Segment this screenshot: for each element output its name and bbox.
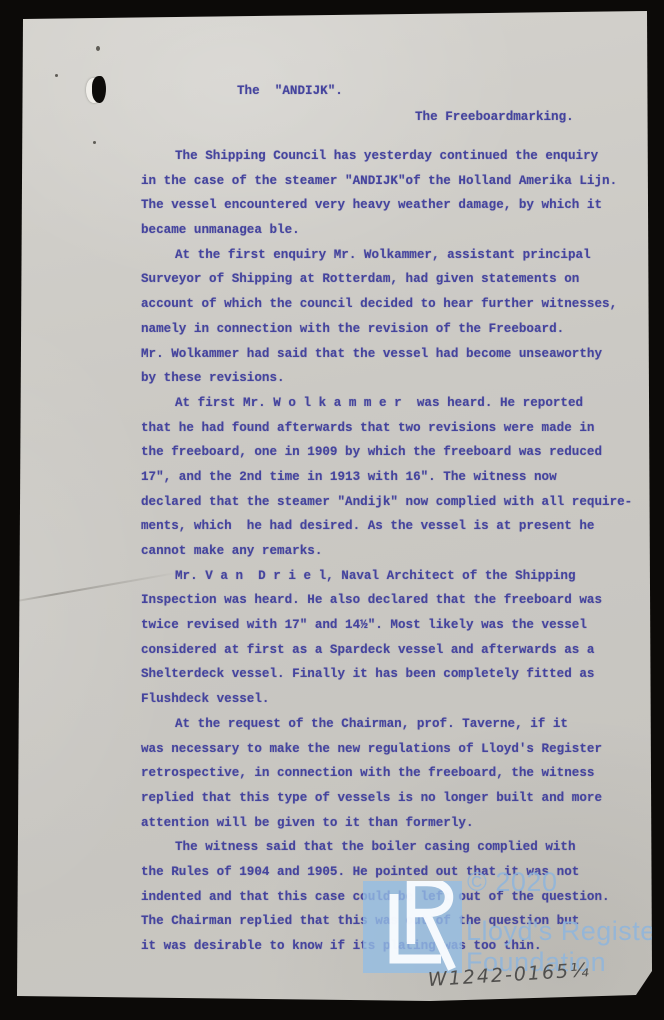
typed-line: indented and that this case could be lef… <box>141 885 651 910</box>
typed-line: account of which the council decided to … <box>141 292 651 317</box>
typed-line: the Rules of 1904 and 1905. He pointed o… <box>141 860 651 885</box>
paper-speck <box>55 74 58 77</box>
typed-line: Mr. V a n D r i e l, Naval Architect of … <box>141 564 651 589</box>
typed-line: the freeboard, one in 1909 by which the … <box>141 440 651 465</box>
typed-line: 17", and the 2nd time in 1913 with 16". … <box>141 465 651 490</box>
handwritten-reference: W1242-0165¼ <box>427 959 591 991</box>
typed-line: became unmanagea ble. <box>141 218 651 243</box>
typed-line: attention will be given to it than forme… <box>141 811 651 836</box>
typed-line: twice revised with 17" and 14½". Most li… <box>141 613 651 638</box>
typed-line: Shelterdeck vessel. Finally it has been … <box>141 662 651 687</box>
typed-line: The vessel encountered very heavy weathe… <box>141 193 651 218</box>
punch-hole-void <box>92 76 106 103</box>
typed-line: replied that this type of vessels is no … <box>141 786 651 811</box>
typed-line: Flushdeck vessel. <box>141 687 651 712</box>
typed-line: considered at first as a Spardeck vessel… <box>141 638 651 663</box>
typed-line: The Chairman replied that this was out o… <box>141 909 651 934</box>
typed-line: Surveyor of Shipping at Rotterdam, had g… <box>141 267 651 292</box>
typed-line: At the request of the Chairman, prof. Ta… <box>141 712 651 737</box>
document-page: The "ANDIJK". The Freeboardmarking. The … <box>0 0 664 1020</box>
punch-hole <box>86 76 110 104</box>
document-title: The "ANDIJK". <box>237 84 343 98</box>
typed-line: The witness said that the boiler casing … <box>141 835 651 860</box>
document-body: The Shipping Council has yesterday conti… <box>141 144 651 959</box>
typed-line: it was desirable to know if its plating … <box>141 934 651 959</box>
typed-line: retrospective, in connection with the fr… <box>141 761 651 786</box>
typed-line: was necessary to make the new regulation… <box>141 737 651 762</box>
typed-line: that he had found afterwards that two re… <box>141 416 651 441</box>
typed-line: At first Mr. W o l k a m m e r was heard… <box>141 391 651 416</box>
typed-line: namely in connection with the revision o… <box>141 317 651 342</box>
typed-line: by these revisions. <box>141 366 651 391</box>
paper-speck <box>96 46 100 51</box>
typed-line: The Shipping Council has yesterday conti… <box>141 144 651 169</box>
typed-line: in the case of the steamer "ANDIJK"of th… <box>141 169 651 194</box>
paper-speck <box>93 141 96 144</box>
typed-line: cannot make any remarks. <box>141 539 651 564</box>
typed-line: declared that the steamer "Andijk" now c… <box>141 490 651 515</box>
document-subtitle: The Freeboardmarking. <box>415 110 574 124</box>
typed-line: At the first enquiry Mr. Wolkammer, assi… <box>141 243 651 268</box>
scan-background: The "ANDIJK". The Freeboardmarking. The … <box>0 0 664 1020</box>
typed-line: Mr. Wolkammer had said that the vessel h… <box>141 342 651 367</box>
typed-line: ments, which he had desired. As the vess… <box>141 514 651 539</box>
typed-line: Inspection was heard. He also declared t… <box>141 588 651 613</box>
